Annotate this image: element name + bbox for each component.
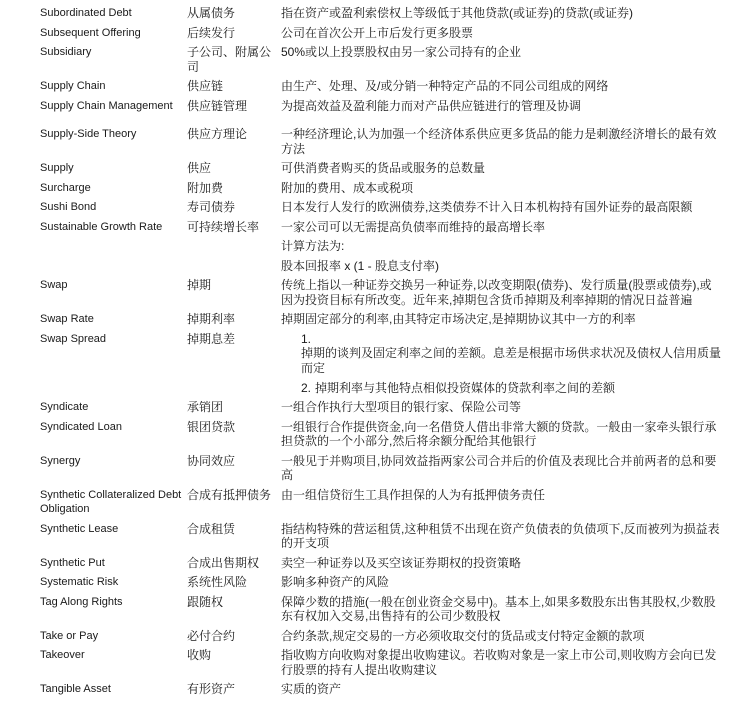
definition-cell: 卖空一种证券以及买空该证券期权的投资策略 — [281, 556, 723, 571]
definition-cell: 1.掉期的谈判及固定利率之间的差额。息差是根据市场供求状况及债权人信用质量而定2… — [281, 332, 723, 396]
definition-paragraph: 卖空一种证券以及买空该证券期权的投资策略 — [281, 556, 723, 571]
glossary-row: Synergy协同效应一般见于并购项目,协同效益指两家公司合并后的价值及表现比合… — [40, 454, 745, 483]
definition-cell: 实质的资产 — [281, 682, 723, 697]
glossary-row: Subsidiary子公司、附属公司50%或以上投票股权由另一家公司持有的企业 — [40, 45, 745, 74]
definition-cell: 公司在首次公开上市后发行更多股票 — [281, 26, 723, 41]
definition-cell: 由一组信贷衍生工具作担保的人为有抵押债务责任 — [281, 488, 723, 503]
chinese-term-cell: 供应 — [187, 161, 281, 176]
definition-cell: 由生产、处理、及/或分销一种特定产品的不同公司组成的网络 — [281, 79, 723, 94]
definition-paragraph: 一家公司可以无需提高负债率而维持的最高增长率 — [281, 220, 723, 235]
definition-paragraph: 股本回报率 x (1 - 股息支付率) — [281, 259, 723, 274]
chinese-term-cell: 从属债务 — [187, 6, 281, 21]
definition-paragraph: 由一组信贷衍生工具作担保的人为有抵押债务责任 — [281, 488, 723, 503]
glossary-row: Take or Pay必付合约合约条款,规定交易的一方必须收取交付的货品或支付特… — [40, 629, 745, 644]
definition-paragraph: 一组合作执行大型项目的银行家、保险公司等 — [281, 400, 723, 415]
glossary-row: Syndicated Loan银团贷款一组银行合作提供资金,向一名借贷人借出非常… — [40, 420, 745, 449]
chinese-term-cell: 跟随权 — [187, 595, 281, 610]
term-cell: Subsequent Offering — [40, 26, 187, 41]
chinese-term-cell: 合成有抵押债务 — [187, 488, 281, 503]
term-cell: Systematic Risk — [40, 575, 187, 590]
term-cell: Synergy — [40, 454, 187, 469]
definition-cell: 一组合作执行大型项目的银行家、保险公司等 — [281, 400, 723, 415]
definition-paragraph: 影响多种资产的风险 — [281, 575, 723, 590]
definition-cell: 一般见于并购项目,协同效益指两家公司合并后的价值及表现比合并前两者的总和要高 — [281, 454, 723, 483]
term-cell: Swap — [40, 278, 187, 293]
glossary-row: Takeover收购指收购方向收购对象提出收购建议。若收购对象是一家上市公司,则… — [40, 648, 745, 677]
glossary-row: Swap Spread掉期息差1.掉期的谈判及固定利率之间的差额。息差是根据市场… — [40, 332, 745, 396]
glossary-row: Supply Chain Management供应链管理为提高效益及盈利能力而对… — [40, 99, 745, 114]
chinese-term-cell: 附加费 — [187, 181, 281, 196]
definition-paragraph: 一般见于并购项目,协同效益指两家公司合并后的价值及表现比合并前两者的总和要高 — [281, 454, 723, 483]
definition-cell: 一种经济理论,认为加强一个经济体系供应更多货品的能力是刺激经济增长的最有效方法 — [281, 127, 723, 156]
definition-paragraph: 可供消费者购买的货品或服务的总数量 — [281, 161, 723, 176]
definition-paragraph: 合约条款,规定交易的一方必须收取交付的货品或支付特定金额的款项 — [281, 629, 723, 644]
term-cell: Sustainable Growth Rate — [40, 220, 187, 235]
glossary-row: Sushi Bond寿司债券日本发行人发行的欧洲债券,这类债券不计入日本机构持有… — [40, 200, 745, 215]
definition-paragraph: 由生产、处理、及/或分销一种特定产品的不同公司组成的网络 — [281, 79, 723, 94]
definition-paragraph: 指结构特殊的营运租赁,这种租赁不出现在资产负债表的负债项下,反而被列为损益表的开… — [281, 522, 723, 551]
glossary-row: Supply-Side Theory供应方理论一种经济理论,认为加强一个经济体系… — [40, 127, 745, 156]
definition-paragraph: 实质的资产 — [281, 682, 723, 697]
glossary-row: Supply Chain供应链由生产、处理、及/或分销一种特定产品的不同公司组成… — [40, 79, 745, 94]
chinese-term-cell: 有形资产 — [187, 682, 281, 697]
term-cell: Subordinated Debt — [40, 6, 187, 21]
term-cell: Supply-Side Theory — [40, 127, 187, 142]
definition-paragraph: 一种经济理论,认为加强一个经济体系供应更多货品的能力是刺激经济增长的最有效方法 — [281, 127, 723, 156]
chinese-term-cell: 系统性风险 — [187, 575, 281, 590]
list-number: 2. — [301, 381, 311, 395]
glossary-row: Subordinated Debt从属债务指在资产或盈利索偿权上等级低于其他贷款… — [40, 6, 745, 21]
term-cell: Swap Rate — [40, 312, 187, 327]
term-cell: Takeover — [40, 648, 187, 663]
definition-cell: 为提高效益及盈利能力而对产品供应链进行的管理及协调 — [281, 99, 723, 114]
chinese-term-cell: 寿司债券 — [187, 200, 281, 215]
definition-cell: 影响多种资产的风险 — [281, 575, 723, 590]
glossary-row: Tag Along Rights跟随权保障少数的措施(一般在创业资金交易中)。基… — [40, 595, 745, 624]
glossary-row: Syndicate承销团一组合作执行大型项目的银行家、保险公司等 — [40, 400, 745, 415]
chinese-term-cell: 供应链管理 — [187, 99, 281, 114]
definition-paragraph: 保障少数的措施(一般在创业资金交易中)。基本上,如果多数股东出售其股权,少数股东… — [281, 595, 723, 624]
definition-paragraph: 为提高效益及盈利能力而对产品供应链进行的管理及协调 — [281, 99, 723, 114]
definition-cell: 指收购方向收购对象提出收购建议。若收购对象是一家上市公司,则收购方会向已发行股票… — [281, 648, 723, 677]
chinese-term-cell: 供应方理论 — [187, 127, 281, 142]
definition-paragraph: 一组银行合作提供资金,向一名借贷人借出非常大额的贷款。一般由一家牵头银行承担贷款… — [281, 420, 723, 449]
definition-cell: 保障少数的措施(一般在创业资金交易中)。基本上,如果多数股东出售其股权,少数股东… — [281, 595, 723, 624]
term-cell: Supply — [40, 161, 187, 176]
term-cell: Supply Chain — [40, 79, 187, 94]
glossary-row: Sustainable Growth Rate可持续增长率一家公司可以无需提高负… — [40, 220, 745, 274]
definition-paragraph: 掉期利率与其他特点相似投资媒体的贷款利率之间的差额 — [315, 381, 615, 395]
definition-cell: 传统上指以一种证券交换另一种证券,以改变期限(债券)、发行质量(股票或债券),或… — [281, 278, 723, 307]
term-cell: Syndicated Loan — [40, 420, 187, 435]
chinese-term-cell: 协同效应 — [187, 454, 281, 469]
definition-cell: 日本发行人发行的欧洲债券,这类债券不计入日本机构持有国外证券的最高限额 — [281, 200, 723, 215]
glossary-row: Synthetic Put合成出售期权卖空一种证券以及买空该证券期权的投资策略 — [40, 556, 745, 571]
chinese-term-cell: 合成租赁 — [187, 522, 281, 537]
term-cell: Swap Spread — [40, 332, 187, 347]
definition-cell: 附加的费用、成本或税项 — [281, 181, 723, 196]
glossary-row: Supply供应可供消费者购买的货品或服务的总数量 — [40, 161, 745, 176]
definition-cell: 50%或以上投票股权由另一家公司持有的企业 — [281, 45, 723, 60]
glossary-row: Systematic Risk系统性风险影响多种资产的风险 — [40, 575, 745, 590]
chinese-term-cell: 承销团 — [187, 400, 281, 415]
term-cell: Syndicate — [40, 400, 187, 415]
glossary-row: Tangible Asset有形资产实质的资产 — [40, 682, 745, 697]
definition-paragraph: 日本发行人发行的欧洲债券,这类债券不计入日本机构持有国外证券的最高限额 — [281, 200, 723, 215]
chinese-term-cell: 掉期 — [187, 278, 281, 293]
glossary-row: Swap Rate掉期利率掉期固定部分的利率,由其特定市场决定,是掉期协议其中一… — [40, 312, 745, 327]
definition-paragraph: 计算方法为: — [281, 239, 723, 254]
chinese-term-cell: 收购 — [187, 648, 281, 663]
chinese-term-cell: 子公司、附属公司 — [187, 45, 281, 74]
definition-cell: 可供消费者购买的货品或服务的总数量 — [281, 161, 723, 176]
glossary-row: Subsequent Offering后续发行公司在首次公开上市后发行更多股票 — [40, 26, 745, 41]
definition-paragraph: 指在资产或盈利索偿权上等级低于其他贷款(或证券)的贷款(或证券) — [281, 6, 723, 21]
term-cell: Synthetic Collateralized Debt Obligation — [40, 488, 187, 517]
definition-cell: 掉期固定部分的利率,由其特定市场决定,是掉期协议其中一方的利率 — [281, 312, 723, 327]
definition-paragraph: 50%或以上投票股权由另一家公司持有的企业 — [281, 45, 723, 60]
glossary-row: Synthetic Collateralized Debt Obligation… — [40, 488, 745, 517]
term-cell: Synthetic Lease — [40, 522, 187, 537]
chinese-term-cell: 供应链 — [187, 79, 281, 94]
term-cell: Sushi Bond — [40, 200, 187, 215]
term-cell: Subsidiary — [40, 45, 187, 60]
definition-paragraph: 公司在首次公开上市后发行更多股票 — [281, 26, 723, 41]
document-page: Subordinated Debt从属债务指在资产或盈利索偿权上等级低于其他贷款… — [0, 0, 750, 697]
definition-cell: 合约条款,规定交易的一方必须收取交付的货品或支付特定金额的款项 — [281, 629, 723, 644]
definition-paragraph: 掉期固定部分的利率,由其特定市场决定,是掉期协议其中一方的利率 — [281, 312, 723, 327]
chinese-term-cell: 掉期息差 — [187, 332, 281, 347]
glossary-table: Subordinated Debt从属债务指在资产或盈利索偿权上等级低于其他贷款… — [40, 6, 745, 697]
definition-list-item: 2.掉期利率与其他特点相似投资媒体的贷款利率之间的差额 — [301, 381, 723, 396]
chinese-term-cell: 掉期利率 — [187, 312, 281, 327]
term-cell: Surcharge — [40, 181, 187, 196]
definition-cell: 指在资产或盈利索偿权上等级低于其他贷款(或证券)的贷款(或证券) — [281, 6, 723, 21]
glossary-row: Swap掉期传统上指以一种证券交换另一种证券,以改变期限(债券)、发行质量(股票… — [40, 278, 745, 307]
definition-cell: 一组银行合作提供资金,向一名借贷人借出非常大额的贷款。一般由一家牵头银行承担贷款… — [281, 420, 723, 449]
chinese-term-cell: 银团贷款 — [187, 420, 281, 435]
term-cell: Tag Along Rights — [40, 595, 187, 610]
term-cell: Tangible Asset — [40, 682, 187, 697]
chinese-term-cell: 合成出售期权 — [187, 556, 281, 571]
definition-paragraph: 传统上指以一种证券交换另一种证券,以改变期限(债券)、发行质量(股票或债券),或… — [281, 278, 723, 307]
term-cell: Take or Pay — [40, 629, 187, 644]
definition-cell: 一家公司可以无需提高负债率而维持的最高增长率计算方法为:股本回报率 x (1 -… — [281, 220, 723, 274]
glossary-row: Synthetic Lease合成租赁指结构特殊的营运租赁,这种租赁不出现在资产… — [40, 522, 745, 551]
definition-cell: 指结构特殊的营运租赁,这种租赁不出现在资产负债表的负债项下,反而被列为损益表的开… — [281, 522, 723, 551]
definition-list-item: 1.掉期的谈判及固定利率之间的差额。息差是根据市场供求状况及债权人信用质量而定 — [301, 332, 723, 376]
list-number: 1. — [301, 332, 723, 347]
chinese-term-cell: 可持续增长率 — [187, 220, 281, 235]
chinese-term-cell: 必付合约 — [187, 629, 281, 644]
term-cell: Synthetic Put — [40, 556, 187, 571]
definition-paragraph: 附加的费用、成本或税项 — [281, 181, 723, 196]
chinese-term-cell: 后续发行 — [187, 26, 281, 41]
definition-paragraph: 掉期的谈判及固定利率之间的差额。息差是根据市场供求状况及债权人信用质量而定 — [301, 346, 723, 375]
definition-paragraph: 指收购方向收购对象提出收购建议。若收购对象是一家上市公司,则收购方会向已发行股票… — [281, 648, 723, 677]
term-cell: Supply Chain Management — [40, 99, 187, 114]
glossary-row: Surcharge附加费附加的费用、成本或税项 — [40, 181, 745, 196]
